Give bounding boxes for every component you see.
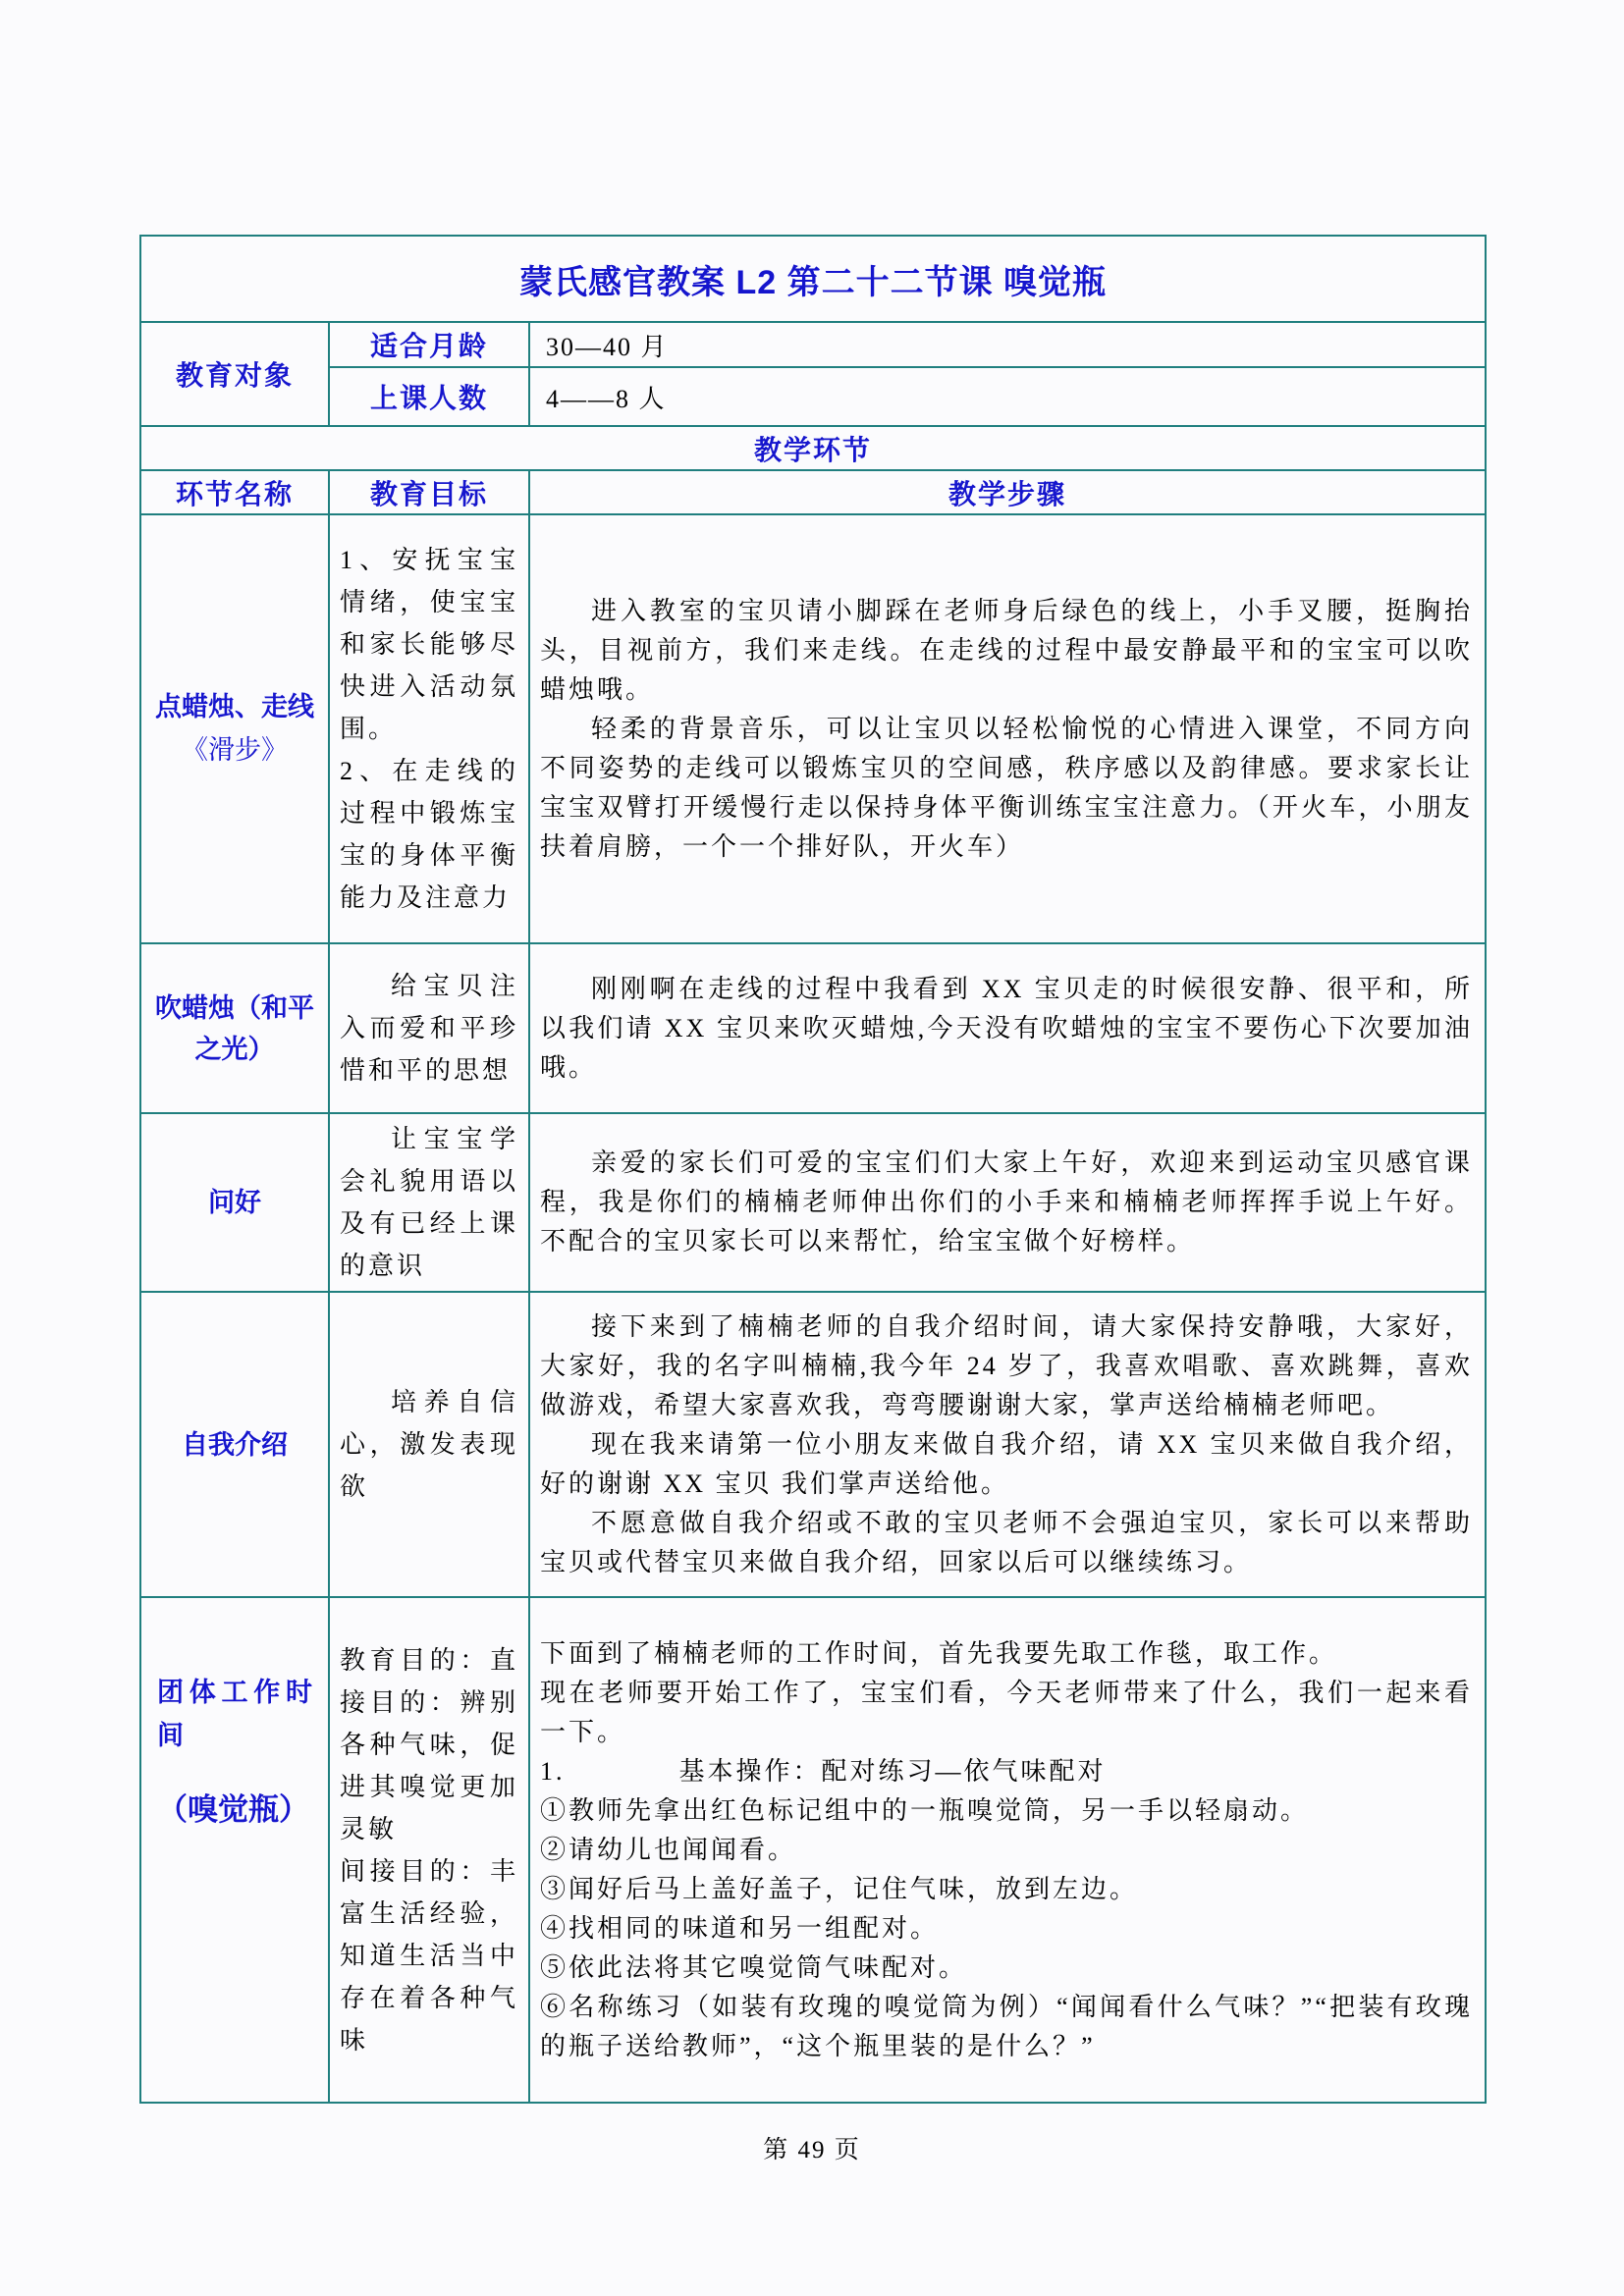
step-paragraph: ②请幼儿也闻闻看。: [540, 1831, 1473, 1870]
document-title: 蒙氏感官教案 L2 第二十二节课 嗅觉瓶: [140, 236, 1486, 322]
column-header-education-goal: 教育目标: [329, 470, 529, 514]
stage-name-blow-candle: 吹蜡烛（和平之光）: [140, 943, 329, 1113]
steps-cell: 进入教室的宝贝请小脚踩在老师身后绿色的线上，小手叉腰，挺胸抬头，目视前方，我们来…: [529, 514, 1486, 943]
stage-name-group-work: 团体工作时间 （嗅觉瓶）: [140, 1597, 329, 2103]
step-paragraph: 不愿意做自我介绍或不敢的宝贝老师不会强迫宝贝，家长可以来帮助宝贝或代替宝贝来做自…: [540, 1504, 1473, 1582]
step-paragraph: 轻柔的背景音乐，可以让宝贝以轻松愉悦的心情进入课堂，不同方向不同姿势的走线可以锻…: [540, 710, 1473, 867]
step-paragraph: ③闻好后马上盖好盖子，记住气味，放到左边。: [540, 1870, 1473, 1909]
stage-name-label: 点蜡烛、走线: [149, 686, 320, 727]
step-paragraph: ⑥名称练习（如装有玫瑰的嗅觉筒为例）“闻闻看什么气味？”“把装有玫瑰的瓶子送给教…: [540, 1988, 1473, 2066]
goal-paragraph: 间接目的：丰富生活经验，知道生活当中存在着各种气味: [340, 1850, 518, 2061]
stage-name-sublabel: 《滑步》: [149, 727, 320, 773]
stage-name-candle-walking: 点蜡烛、走线 《滑步》: [140, 514, 329, 943]
section-header-row: 教学环节: [140, 426, 1486, 470]
column-header-stage-name: 环节名称: [140, 470, 329, 514]
step-paragraph: 现在我来请第一位小朋友来做自我介绍，请 XX 宝贝来做自我介绍，好的谢谢 XX …: [540, 1425, 1473, 1504]
goal-cell: 1、安抚宝宝情绪，使宝宝和家长能够尽快进入活动氛围。 2、在走线的过程中锻炼宝宝…: [329, 514, 529, 943]
value-suitable-age: 30—40 月: [529, 322, 1486, 367]
document-page: 蒙氏感官教案 L2 第二十二节课 嗅觉瓶 教育对象 适合月龄 30—40 月 上…: [0, 0, 1624, 2296]
lesson-plan-table: 蒙氏感官教案 L2 第二十二节课 嗅觉瓶 教育对象 适合月龄 30—40 月 上…: [139, 235, 1487, 2104]
column-header-row: 环节名称 教育目标 教学步骤: [140, 470, 1486, 514]
goal-paragraph: 培养自信心，激发表现欲: [340, 1381, 518, 1508]
label-suitable-age: 适合月龄: [329, 322, 529, 367]
info-row-class-size: 上课人数 4——8 人: [140, 367, 1486, 426]
steps-cell: 下面到了楠楠老师的工作时间，首先我要先取工作毯，取工作。 现在老师要开始工作了，…: [529, 1597, 1486, 2103]
steps-cell: 接下来到了楠楠老师的自我介绍时间，请大家保持安静哦，大家好，大家好，我的名字叫楠…: [529, 1292, 1486, 1597]
stage-name-label: 问好: [149, 1182, 320, 1223]
table-row: 团体工作时间 （嗅觉瓶） 教育目的：直接目的：辨别各种气味，促进其嗅觉更加灵敏 …: [140, 1597, 1486, 2103]
stage-name-greeting: 问好: [140, 1113, 329, 1292]
goal-paragraph: 2、在走线的过程中锻炼宝宝的身体平衡能力及注意力: [340, 750, 518, 919]
step-paragraph: ⑤依此法将其它嗅觉筒气味配对。: [540, 1949, 1473, 1988]
step-paragraph: ①教师先拿出红色标记组中的一瓶嗅觉筒，另一手以轻扇动。: [540, 1791, 1473, 1831]
goal-cell: 给宝贝注入而爱和平珍惜和平的思想: [329, 943, 529, 1113]
section-header-teaching-stages: 教学环节: [140, 426, 1486, 470]
steps-cell: 刚刚啊在走线的过程中我看到 XX 宝贝走的时候很安静、很平和，所以我们请 XX …: [529, 943, 1486, 1113]
step-paragraph: 现在老师要开始工作了，宝宝们看，今天老师带来了什么，我们一起来看一下。: [540, 1674, 1473, 1752]
table-row: 问好 让宝宝学会礼貌用语以及有已经上课的意识 亲爱的家长们可爱的宝宝们们大家上午…: [140, 1113, 1486, 1292]
label-education-target: 教育对象: [140, 322, 329, 426]
page-number: 第 49 页: [0, 2130, 1624, 2165]
steps-cell: 亲爱的家长们可爱的宝宝们们大家上午好，欢迎来到运动宝贝感官课程，我是你们的楠楠老…: [529, 1113, 1486, 1292]
table-row: 自我介绍 培养自信心，激发表现欲 接下来到了楠楠老师的自我介绍时间，请大家保持安…: [140, 1292, 1486, 1597]
step-paragraph: 进入教室的宝贝请小脚踩在老师身后绿色的线上，小手叉腰，挺胸抬头，目视前方，我们来…: [540, 592, 1473, 710]
stage-name-label: 自我介绍: [149, 1424, 320, 1466]
step-paragraph: ④找相同的味道和另一组配对。: [540, 1909, 1473, 1949]
value-class-size: 4——8 人: [529, 367, 1486, 426]
title-row: 蒙氏感官教案 L2 第二十二节课 嗅觉瓶: [140, 236, 1486, 322]
stage-name-label: 团体工作时间: [157, 1671, 312, 1757]
label-class-size: 上课人数: [329, 367, 529, 426]
goal-paragraph: 让宝宝学会礼貌用语以及有已经上课的意识: [340, 1118, 518, 1287]
stage-name-label: 吹蜡烛（和平之光）: [149, 988, 320, 1070]
goal-paragraph: 1、安抚宝宝情绪，使宝宝和家长能够尽快进入活动氛围。: [340, 539, 518, 750]
column-header-teaching-steps: 教学步骤: [529, 470, 1486, 514]
goal-paragraph: 给宝贝注入而爱和平珍惜和平的思想: [340, 965, 518, 1092]
step-paragraph: 下面到了楠楠老师的工作时间，首先我要先取工作毯，取工作。: [540, 1634, 1473, 1674]
info-row-age: 教育对象 适合月龄 30—40 月: [140, 322, 1486, 367]
goal-cell: 教育目的：直接目的：辨别各种气味，促进其嗅觉更加灵敏 间接目的：丰富生活经验，知…: [329, 1597, 529, 2103]
table-row: 吹蜡烛（和平之光） 给宝贝注入而爱和平珍惜和平的思想 刚刚啊在走线的过程中我看到…: [140, 943, 1486, 1113]
step-paragraph: 亲爱的家长们可爱的宝宝们们大家上午好，欢迎来到运动宝贝感官课程，我是你们的楠楠老…: [540, 1144, 1473, 1261]
table-row: 点蜡烛、走线 《滑步》 1、安抚宝宝情绪，使宝宝和家长能够尽快进入活动氛围。 2…: [140, 514, 1486, 943]
step-paragraph: 刚刚啊在走线的过程中我看到 XX 宝贝走的时候很安静、很平和，所以我们请 XX …: [540, 970, 1473, 1088]
goal-cell: 让宝宝学会礼貌用语以及有已经上课的意识: [329, 1113, 529, 1292]
stage-name-sublabel: （嗅觉瓶）: [157, 1789, 312, 1832]
step-paragraph: 1. 基本操作：配对练习—依气味配对: [540, 1752, 1473, 1791]
stage-name-self-introduction: 自我介绍: [140, 1292, 329, 1597]
goal-cell: 培养自信心，激发表现欲: [329, 1292, 529, 1597]
step-paragraph: 接下来到了楠楠老师的自我介绍时间，请大家保持安静哦，大家好，大家好，我的名字叫楠…: [540, 1308, 1473, 1425]
goal-paragraph: 教育目的：直接目的：辨别各种气味，促进其嗅觉更加灵敏: [340, 1639, 518, 1850]
